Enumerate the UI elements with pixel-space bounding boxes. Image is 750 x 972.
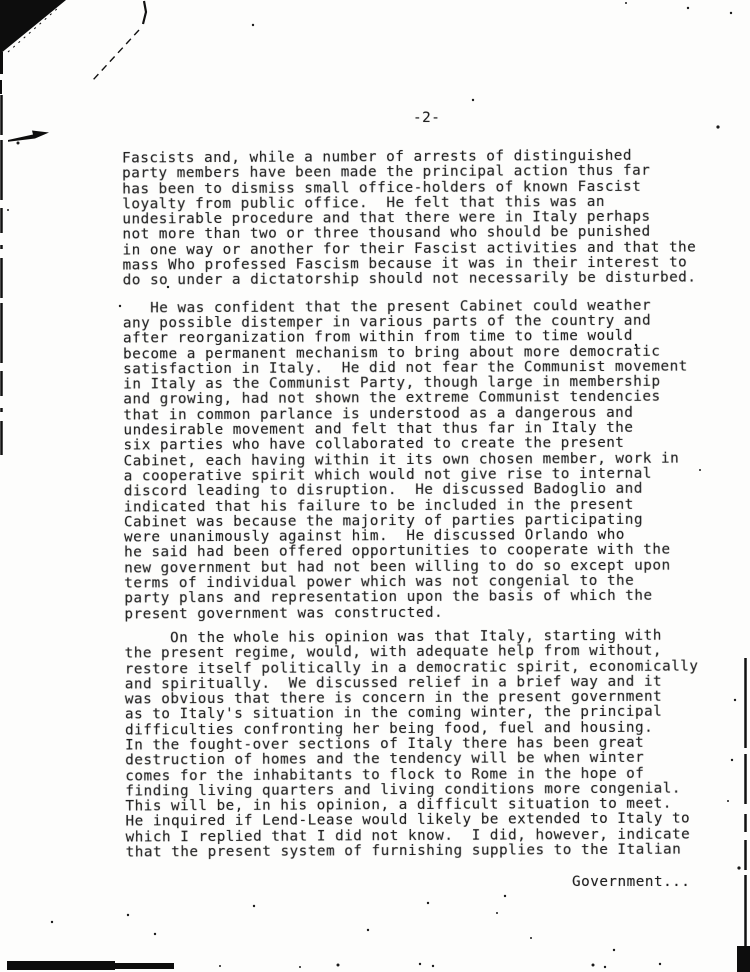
document-page: -2- Fascists and, while a number of arre… <box>0 0 750 972</box>
scratch-line <box>93 1 146 80</box>
paragraph-cabinet-confidence: He was confident that the present Cabine… <box>123 298 698 622</box>
document-body: Fascists and, while a number of arrests … <box>122 148 699 860</box>
paragraph-italy-recovery: On the whole his opinion was that Italy,… <box>125 628 700 860</box>
right-edge-line <box>737 658 750 972</box>
continuation-catchword: Government... <box>572 874 690 890</box>
paragraph-fascist-dismissals: Fascists and, while a number of arrests … <box>122 148 696 289</box>
pen-arrow-mark <box>8 131 49 142</box>
corner-shadow <box>0 0 66 94</box>
page-number: -2- <box>413 110 440 126</box>
bottom-smudge-bar <box>7 961 174 970</box>
